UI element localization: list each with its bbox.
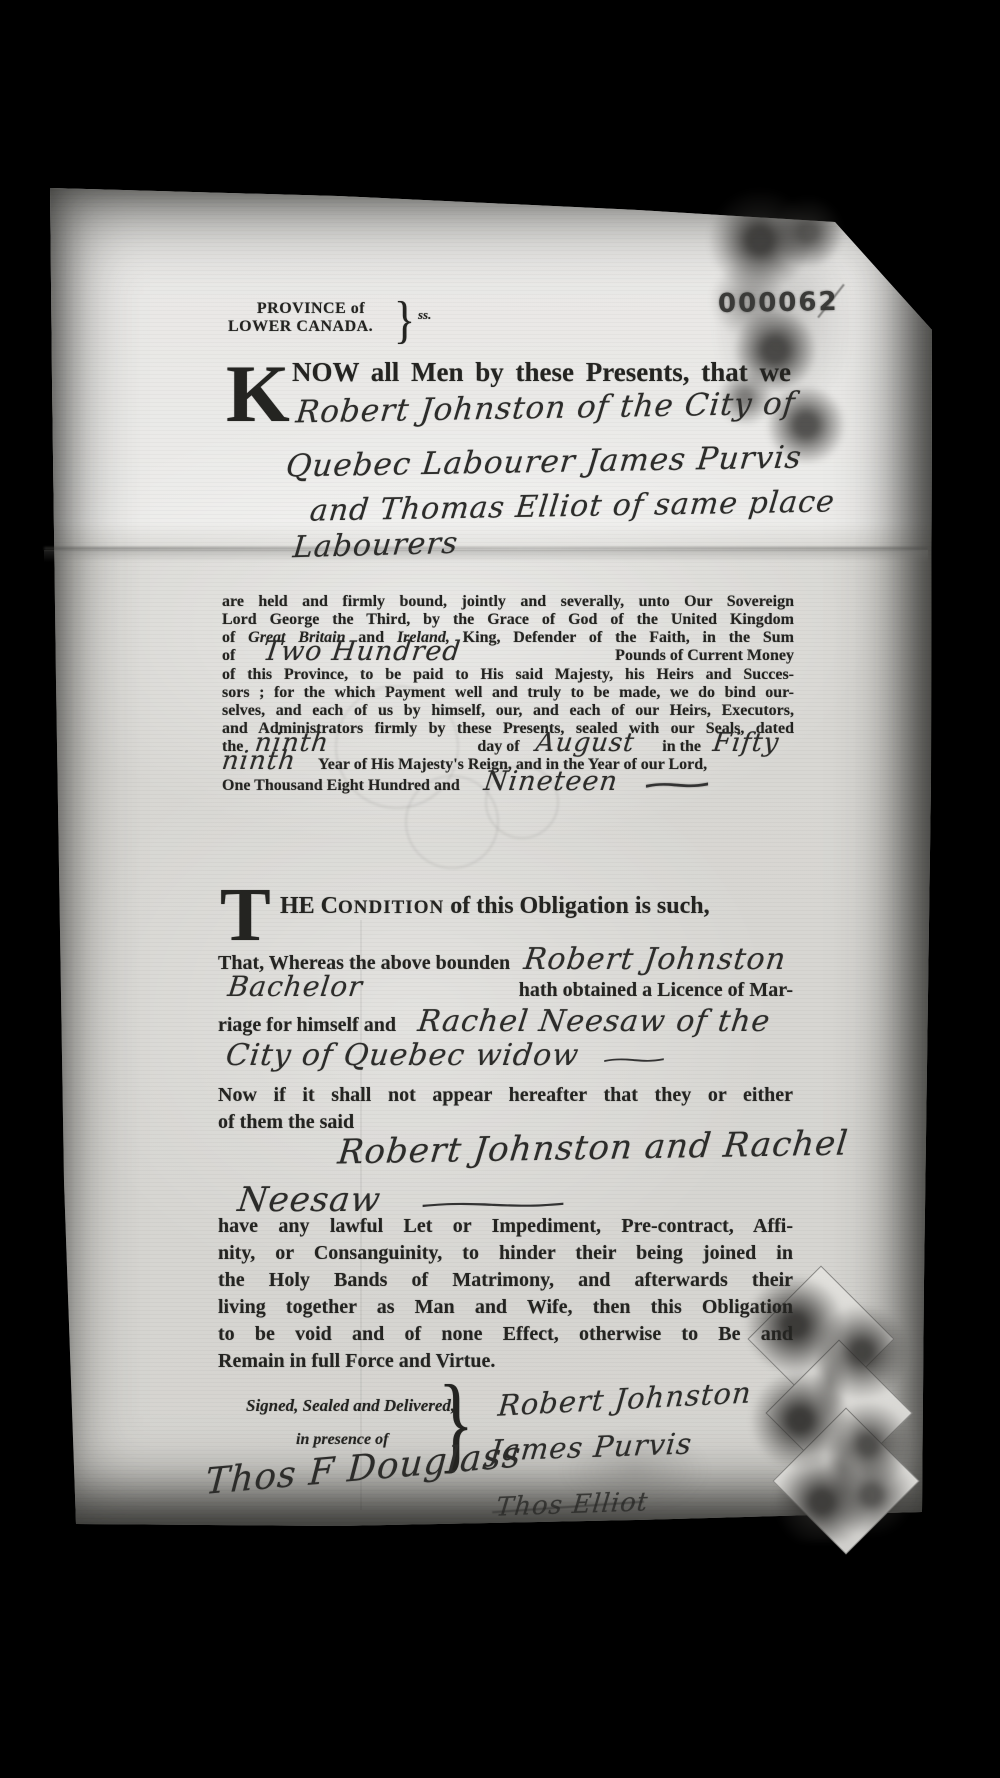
handwritten-parties-line3: and Thomas Elliot of same place — [308, 484, 837, 528]
jurisdiction-caption: PROVINCE of LOWER CANADA. — [228, 300, 394, 335]
dropcap-t: T — [220, 886, 271, 945]
handwritten-sum: Two Hundred — [262, 643, 462, 661]
handwritten-regnal-year-2: ninth — [221, 752, 297, 770]
condition-line: have any lawful Let or Impediment, Pre-c… — [218, 1213, 793, 1240]
bond-line-date: the ninth day of August in the Fifty — [222, 738, 794, 756]
bond-text: of — [222, 647, 235, 665]
handwritten-parties-line4: Labourers — [291, 526, 460, 565]
condition-text: hath obtained a Licence of Mar- — [519, 977, 793, 1004]
bond-line: of this Province, to be paid to His said… — [222, 666, 794, 684]
document-scan-stage: 000062 PROVINCE of LOWER CANADA. } ss. K… — [0, 0, 1000, 1778]
handwritten-bride-residence: City of Quebec widow ⁓ — [226, 1038, 623, 1073]
bond-line: sors ; for the which Payment well and tr… — [222, 684, 794, 702]
handwritten-bride-name: Rachel Neesaw of the — [416, 1008, 772, 1035]
handwritten-regnal-year-1: Fifty — [712, 734, 780, 752]
handwritten-groom-status: Bachelor — [226, 973, 364, 1000]
jurisdiction-brace: } — [394, 291, 415, 350]
bond-text: One Thousand Eight Hundred and — [222, 777, 460, 795]
handwritten-month: August — [534, 734, 635, 752]
bond-text: King, Defender of the Faith, in the Sum — [450, 629, 794, 646]
bond-line-year: One Thousand Eight Hundred and Nineteen … — [222, 774, 794, 795]
handwritten-groom-name: Robert Johnston — [522, 946, 787, 973]
condition-line-bride: riage for himself and Rachel Neesaw of t… — [218, 1004, 793, 1039]
condition-line: nity, or Consanguinity, to hinder their … — [218, 1240, 793, 1267]
condition-line: Now if it shall not appear hereafter tha… — [218, 1082, 793, 1109]
bond-line: are held and firmly bound, jointly and s… — [222, 593, 794, 611]
document-content: 000062 PROVINCE of LOWER CANADA. } ss. K… — [0, 0, 1000, 1778]
condition-heading-text: of this Obligation is such, — [444, 893, 709, 919]
attestation-line1: Signed, Sealed and Delivered, — [246, 1396, 455, 1416]
opening-line: NOW all Men by these Presents, that we — [292, 357, 791, 388]
bond-text: day of — [477, 738, 519, 756]
handwritten-bride-residence-text: City of Quebec widow — [224, 1038, 581, 1073]
condition-text: riage for himself and — [218, 1012, 396, 1039]
condition-heading-text: HE C — [280, 893, 338, 919]
condition-line: to be void and of none Effect, otherwise… — [218, 1321, 793, 1348]
jurisdiction-line1: PROVINCE of — [228, 300, 394, 318]
bond-text: of — [222, 629, 248, 646]
handwritten-year: Nineteen — [483, 773, 619, 791]
bond-text: Pounds of Current Money — [615, 647, 794, 665]
handwritten-couple-names-line1: Robert Johnston and Rachel — [336, 1124, 850, 1173]
condition-line: the Holy Bands of Matrimony, and afterwa… — [218, 1267, 793, 1294]
jurisdiction-line2: LOWER CANADA. — [228, 318, 394, 336]
condition-heading-smallcaps: ONDITION — [338, 897, 444, 918]
bond-line-sum: of Two Hundred Pounds of Current Money — [222, 647, 794, 665]
bond-text: in the — [662, 738, 701, 756]
dropcap-k: K — [226, 362, 290, 426]
condition-line-last: Remain in full Force and Virtue. — [218, 1348, 793, 1375]
signature-james-purvis: James Purvis — [488, 1426, 694, 1467]
condition-line: living together as Man and Wife, then th… — [218, 1294, 793, 1321]
pen-flourish: ⁓ — [601, 1047, 667, 1073]
handwritten-parties-line2: Quebec Labourer James Purvis — [284, 439, 804, 484]
condition-line-bachelor: Bachelor hath obtained a Licence of Mar- — [218, 977, 793, 1004]
jurisdiction-ss: ss. — [418, 307, 431, 323]
pen-flourish: ⁓ — [644, 776, 710, 794]
signature-robert-johnston: Robert Johnston — [497, 1375, 754, 1422]
bond-line: selves, and each of us by himself, our, … — [222, 702, 794, 720]
bond-line: Lord George the Third, by the Grace of G… — [222, 611, 794, 629]
condition-heading: HE CONDITION of this Obligation is such, — [280, 893, 710, 920]
handwritten-parties-line1: Robert Johnston of the City of — [294, 386, 797, 431]
